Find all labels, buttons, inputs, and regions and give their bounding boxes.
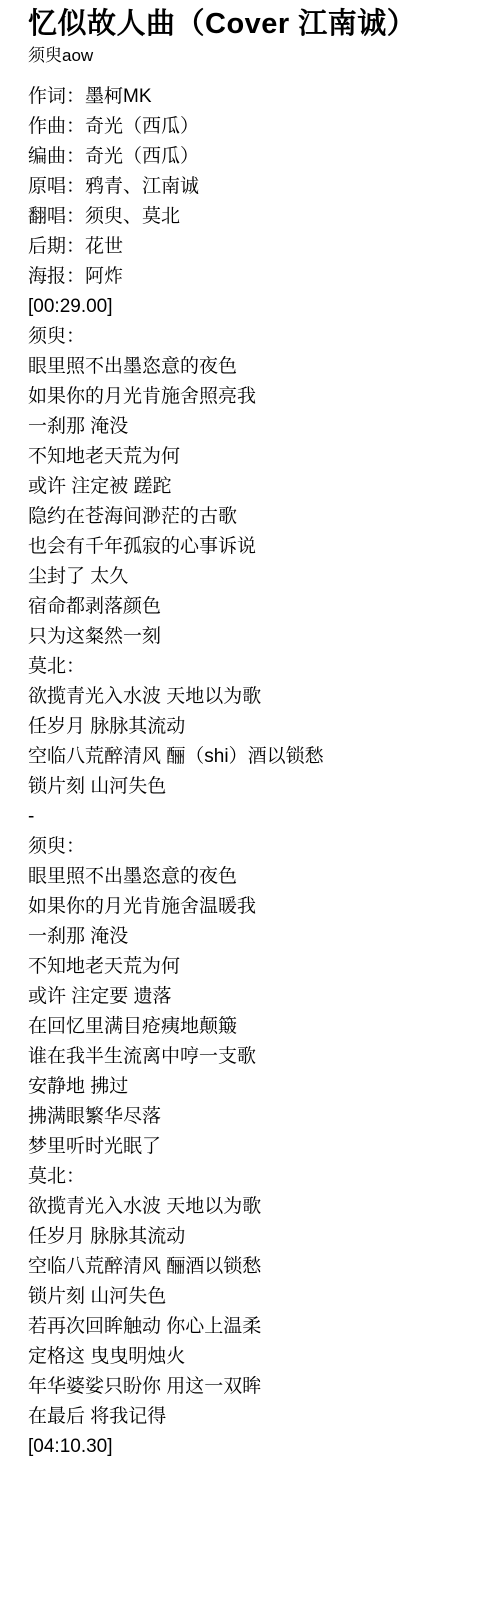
credit-line-poster: 海报：阿炸	[28, 262, 482, 292]
section-divider: -	[28, 802, 482, 832]
lyric-line: 拂满眼繁华尽落	[28, 1102, 482, 1132]
singer-label: 须臾：	[28, 832, 482, 862]
lyric-line: 也会有千年孤寂的心事诉说	[28, 532, 482, 562]
lyric-line: 宿命都剥落颜色	[28, 592, 482, 622]
lyric-line: 若再次回眸触动 你心上温柔	[28, 1312, 482, 1342]
timestamp-end: [04:10.30]	[28, 1432, 482, 1462]
lyric-line: 定格这 曳曳明烛火	[28, 1342, 482, 1372]
lyric-line: 如果你的月光肯施舍温暖我	[28, 892, 482, 922]
lyric-line: 年华婆娑只盼你 用这一双眸	[28, 1372, 482, 1402]
lyric-line: 安静地 拂过	[28, 1072, 482, 1102]
singer-label: 莫北：	[28, 1162, 482, 1192]
lyric-line: 任岁月 脉脉其流动	[28, 712, 482, 742]
song-title: 忆似故人曲（Cover 江南诚）	[28, 6, 482, 42]
lyric-line: 谁在我半生流离中哼一支歌	[28, 1042, 482, 1072]
singer-label: 莫北：	[28, 652, 482, 682]
timestamp-start: [00:29.00]	[28, 292, 482, 322]
artist-name: 须臾aow	[28, 44, 482, 68]
lyric-line: 如果你的月光肯施舍照亮我	[28, 382, 482, 412]
lyrics-body: 作词：墨柯MK 作曲：奇光（西瓜） 编曲：奇光（西瓜） 原唱：鸦青、江南诚 翻唱…	[28, 82, 482, 1462]
lyric-line: 锁片刻 山河失色	[28, 1282, 482, 1312]
lyric-line: 欲揽青光入水波 天地以为歌	[28, 1192, 482, 1222]
lyric-line: 不知地老天荒为何	[28, 952, 482, 982]
lyric-line: 在最后 将我记得	[28, 1402, 482, 1432]
lyric-line: 在回忆里满目疮痍地颠簸	[28, 1012, 482, 1042]
lyrics-page: 忆似故人曲（Cover 江南诚） 须臾aow 作词：墨柯MK 作曲：奇光（西瓜）…	[0, 0, 500, 1462]
lyric-line: 锁片刻 山河失色	[28, 772, 482, 802]
credit-line-original-singer: 原唱：鸦青、江南诚	[28, 172, 482, 202]
lyric-line: 眼里照不出墨恣意的夜色	[28, 862, 482, 892]
lyric-line: 不知地老天荒为何	[28, 442, 482, 472]
credit-line-arranger: 编曲：奇光（西瓜）	[28, 142, 482, 172]
credit-line-composer: 作曲：奇光（西瓜）	[28, 112, 482, 142]
lyric-line: 眼里照不出墨恣意的夜色	[28, 352, 482, 382]
lyric-line: 梦里听时光眠了	[28, 1132, 482, 1162]
lyric-line: 或许 注定被 蹉跎	[28, 472, 482, 502]
credit-line-lyricist: 作词：墨柯MK	[28, 82, 482, 112]
lyric-line: 尘封了 太久	[28, 562, 482, 592]
singer-label: 须臾：	[28, 322, 482, 352]
lyric-line: 任岁月 脉脉其流动	[28, 1222, 482, 1252]
credit-line-cover-singer: 翻唱：须臾、莫北	[28, 202, 482, 232]
credit-line-mixing: 后期：花世	[28, 232, 482, 262]
lyric-line: 空临八荒醉清风 酾酒以锁愁	[28, 1252, 482, 1282]
lyric-line: 一刹那 淹没	[28, 922, 482, 952]
lyric-line: 或许 注定要 遗落	[28, 982, 482, 1012]
lyric-line: 欲揽青光入水波 天地以为歌	[28, 682, 482, 712]
lyric-line: 只为这粲然一刻	[28, 622, 482, 652]
lyric-line: 空临八荒醉清风 酾（shi）酒以锁愁	[28, 742, 482, 772]
lyric-line: 一刹那 淹没	[28, 412, 482, 442]
lyric-line: 隐约在苍海间渺茫的古歌	[28, 502, 482, 532]
